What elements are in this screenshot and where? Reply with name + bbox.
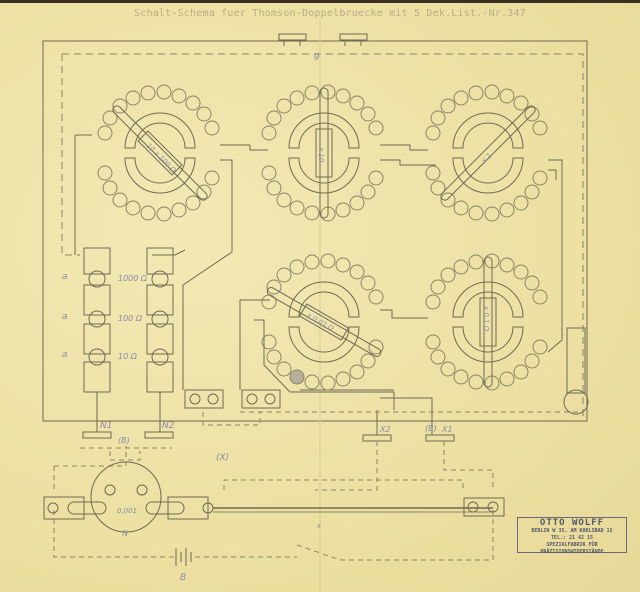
dashed-wiring-top <box>62 54 583 420</box>
ratio-right-2: 100 Ω <box>118 314 143 323</box>
label-x: (X) <box>216 453 229 463</box>
label-n1: N1 <box>100 421 112 431</box>
stamp-tel: TEL.: 21 42 15 <box>518 535 626 542</box>
normal-resistor-n <box>44 462 213 532</box>
ratio-left-1: a <box>62 272 68 282</box>
battery-symbol <box>176 548 191 566</box>
label-b-left: (B) <box>118 436 130 445</box>
label-battery: B <box>180 573 186 583</box>
stamp-line1: SPEZIALFABRIK FÜR <box>518 542 626 549</box>
top-terminal-right <box>340 34 367 46</box>
dial-1-label: 10 x 100 Ω <box>144 142 177 175</box>
terminal-pair-1 <box>185 390 223 408</box>
panel-outline <box>43 41 587 421</box>
dial-2-label: x 10 <box>317 146 325 163</box>
galvanometer-tube <box>564 328 588 414</box>
label-x2: X2 <box>379 425 391 434</box>
ratio-left-2: a <box>62 312 68 322</box>
stamp-address: BERLIN W 35, AM KARLSBAD 15 <box>518 528 626 535</box>
ratio-right-3: 10 Ω <box>118 352 138 361</box>
label-b-right: (B) <box>425 424 437 433</box>
stamp-line2: PRÄZISIONSWIDERSTÄNDE <box>518 549 626 556</box>
terminal-pair-2 <box>242 390 280 408</box>
dashed-wiring-left <box>62 54 80 255</box>
label-n2: N2 <box>162 421 175 431</box>
circuit-drawing: g a a a 1000 Ω 100 Ω 10 Ω N1 N2 (B) (X) … <box>0 0 640 592</box>
terminal-n1 <box>83 432 111 438</box>
wire-1 <box>75 135 92 255</box>
ratio-block-left <box>84 248 110 432</box>
cross-mark: x <box>316 522 322 530</box>
terminal-n2 <box>145 432 173 438</box>
ratio-block-right <box>147 248 173 432</box>
wire-2 <box>183 160 232 390</box>
schematic-sheet: Schalt-Schema fuer Thomson-Doppelbruecke… <box>0 0 640 592</box>
ratio-left-3: a <box>62 350 68 360</box>
ratio-right-1: 1000 Ω <box>118 274 148 283</box>
top-terminal-left <box>279 34 306 46</box>
stamp-name: OTTO WOLFF <box>518 518 626 528</box>
label-n: N <box>122 529 128 538</box>
terminal-block-right <box>464 498 504 516</box>
manufacturer-stamp: OTTO WOLFF BERLIN W 35, AM KARLSBAD 15 T… <box>517 517 627 553</box>
dial-5-label: x 0,1 Ω <box>482 305 490 332</box>
label-x1: X1 <box>441 425 453 434</box>
label-resistor-value: 0,001 <box>117 507 137 515</box>
label-g: g <box>314 51 320 61</box>
